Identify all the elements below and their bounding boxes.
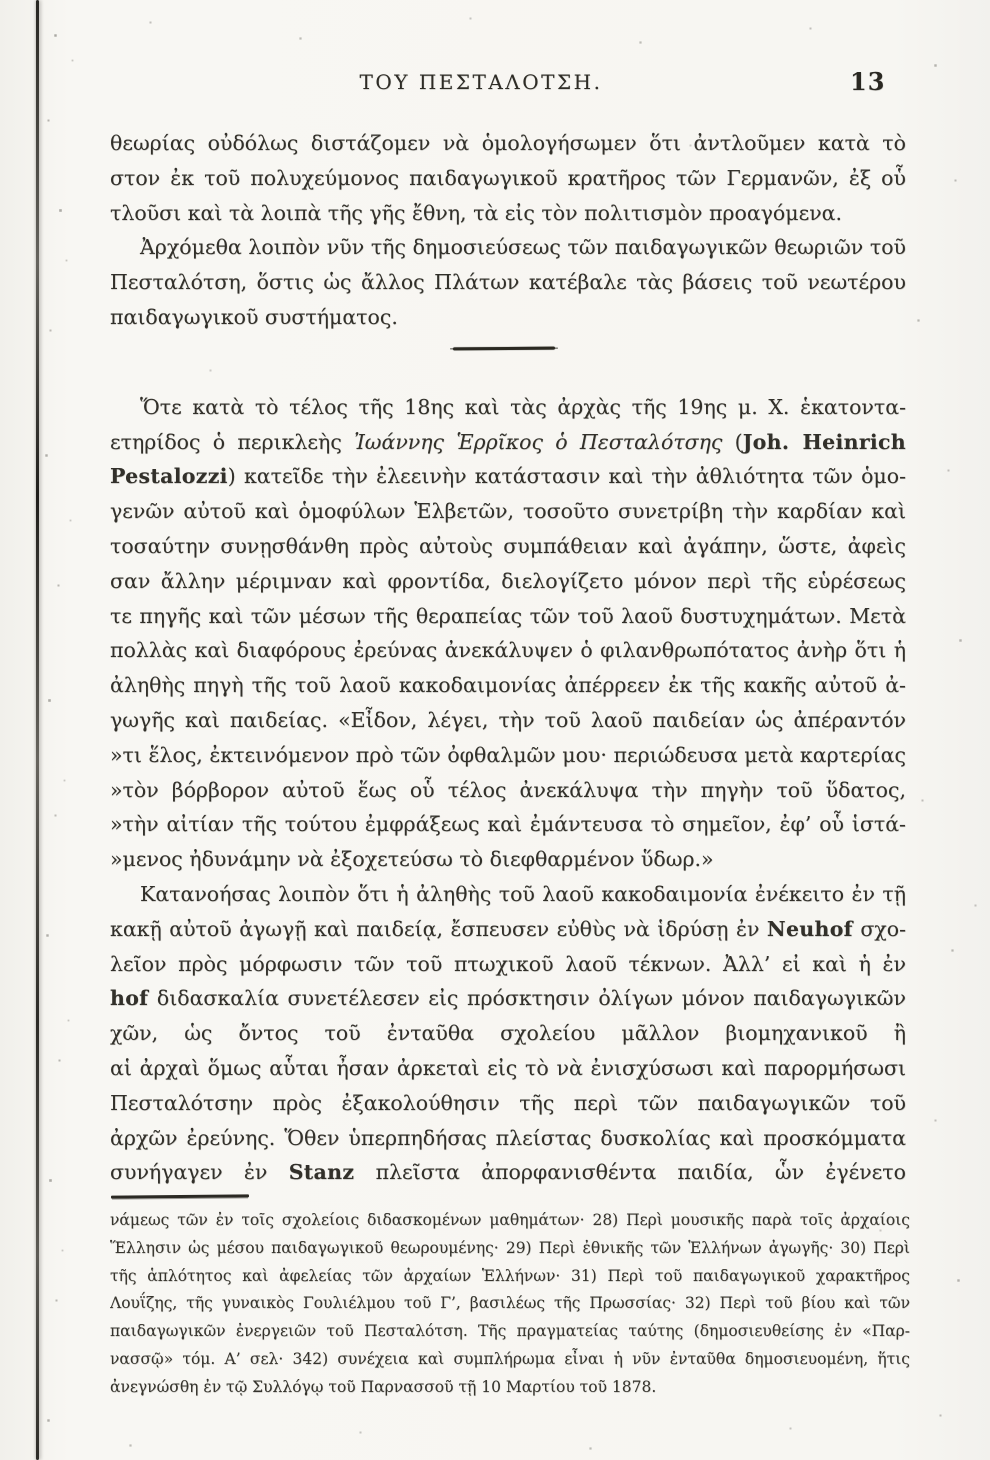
- scan-edge-line: [36, 0, 39, 1460]
- text-line: θεωρίας οὐδόλως διστάζομεν νὰ ὁμολογήσωμ…: [110, 126, 906, 161]
- text-line: νάμεως τῶν ἐν τοῖς σχολείοις διδασκομένω…: [110, 1207, 910, 1235]
- text-line: λεῖον πρὸς μόρφωσιν τῶν τοῦ πτωχικοῦ λαο…: [110, 947, 906, 982]
- text-line: χῶν, ὡς ὄντος τοῦ ἐνταῦθα σχολείου μᾶλλο…: [110, 1016, 906, 1051]
- text-line: σαν ἄλλην μέριμναν καὶ φροντίδα, διελογί…: [110, 564, 906, 599]
- bold-text: Joh. Heinrich: [743, 430, 906, 454]
- text-line: ἀρχῶν ἐρεύνης. Ὅθεν ὑπερπηδήσας πλείστας…: [110, 1121, 906, 1156]
- text-line: αἱ ἀρχαὶ ὅμως αὗται ἦσαν ἀρκεταὶ εἰς τὸ …: [110, 1051, 906, 1086]
- text-line: »τὴν αἰτίαν τῆς τούτου ἐμφράξεως καὶ ἐμά…: [110, 807, 906, 842]
- text-line: ἀληθὴς πηγὴ τῆς τοῦ λαοῦ κακοδαιμονίας ἀ…: [110, 668, 906, 703]
- text-line: στον ἐκ τοῦ πολυχεύμονος παιδαγωγικοῦ κρ…: [110, 161, 906, 196]
- bold-text: Pestalozzi: [110, 464, 228, 488]
- text-line: Λουΐζης, τῆς γυναικὸς Γουλιέλμου τοῦ Γ’,…: [110, 1290, 910, 1318]
- text-line: »τι ἕλος, ἐκτεινόμενον πρὸ τῶν ὀφθαλμῶν …: [110, 738, 906, 773]
- text-line: Ἀρχόμεθα λοιπὸν νῦν τῆς δημοσιεύσεως τῶν…: [110, 230, 906, 265]
- section-divider: [453, 346, 555, 350]
- text-line: Πεσταλότσην πρὸς ἐξακολούθησιν τῆς περὶ …: [110, 1086, 906, 1121]
- text-line: τε πηγῆς καὶ τῶν μέσων τῆς θεραπείας τῶν…: [110, 599, 906, 634]
- text-line: »μενος ἠδυνάμην νὰ ἐξοχετεύσω τὸ διεφθαρ…: [110, 842, 906, 877]
- text-line: τλοῦσι καὶ τὰ λοιπὰ τῆς γῆς ἔθνη, τὰ εἰς…: [110, 196, 906, 231]
- page-number: 13: [850, 67, 885, 96]
- text-line: παιδαγωγικοῦ συστήματος.: [110, 300, 906, 335]
- footnote-separator: [111, 1194, 249, 1198]
- footnote: νάμεως τῶν ἐν τοῖς σχολείοις διδασκομένω…: [110, 1207, 910, 1402]
- text-line: ετηρίδος ὁ περικλεὴς Ἰωάννης Ἑρρῖκος ὁ Π…: [110, 425, 906, 460]
- bold-text: Stanz: [289, 1160, 355, 1184]
- text-line: κακῇ αὐτοῦ ἀγωγῇ καὶ παιδείᾳ, ἔσπευσεν ε…: [110, 912, 906, 947]
- text-line: Ἕλλησιν ὡς μέσου παιδαγωγικοῦ θεωρουμένη…: [110, 1235, 910, 1263]
- bold-text: hof: [110, 986, 148, 1010]
- text-line: τῆς ἁπλότητος καὶ ἀφελείας τῶν ἀρχαίων Ἑ…: [110, 1263, 910, 1291]
- text-line: Pestalozzi) κατεῖδε τὴν ἐλεεινὴν κατάστα…: [110, 459, 906, 494]
- scanned-book-page: ΤΟΥ ΠΕΣΤΑΛΟΤΣΗ. 13 θεωρίας οὐδόλως διστά…: [0, 0, 990, 1460]
- text-line: Πεσταλότση, ὅστις ὡς ἄλλος Πλάτων κατέβα…: [110, 265, 906, 300]
- text-line: hof διδασκαλία συνετέλεσεν εἰς πρόσκτησι…: [110, 981, 906, 1016]
- scan-noise: [0, 0, 1, 1]
- page-header-title: ΤΟΥ ΠΕΣΤΑΛΟΤΣΗ.: [0, 70, 976, 94]
- text-line: νασσῷ» τόμ. Α’ σελ· 342) συνέχεια καὶ συ…: [110, 1346, 910, 1374]
- text-line: γενῶν αὐτοῦ καὶ ὁμοφύλων Ἑλβετῶν, τοσοῦτ…: [110, 494, 906, 529]
- text-line: γωγῆς καὶ παιδείας. «Εἶδον, λέγει, τὴν τ…: [110, 703, 906, 738]
- text-line: Ὅτε κατὰ τὸ τέλος τῆς 18ης καὶ τὰς ἀρχὰς…: [110, 390, 906, 425]
- text-line: πολλὰς καὶ διαφόρους ἐρεύνας ἀνεκάλυψεν …: [110, 633, 906, 668]
- text-line: »τὸν βόρβορον αὐτοῦ ἕως οὗ τέλος ἀνεκάλυ…: [110, 773, 906, 808]
- bold-text: Neuhof: [767, 917, 853, 941]
- italic-text: Ἰωάννης Ἑρρῖκος ὁ Πεσταλότσης: [354, 430, 722, 454]
- text-line: συνήγαγεν ἐν Stanz πλεῖστα ἀπορφανισθέντ…: [110, 1155, 906, 1190]
- text-line: ἀνεγνώσθη ἐν τῷ Συλλόγῳ τοῦ Παρνασσοῦ τῇ…: [110, 1374, 910, 1402]
- text-line: παιδαγωγικῶν ἐνεργειῶν τοῦ Πεσταλότση. Τ…: [110, 1318, 910, 1346]
- body-text: θεωρίας οὐδόλως διστάζομεν νὰ ὁμολογήσωμ…: [110, 126, 906, 1190]
- text-line: Κατανοήσας λοιπὸν ὅτι ἡ ἀληθὴς τοῦ λαοῦ …: [110, 877, 906, 912]
- text-line: τοσαύτην συνῃσθάνθη πρὸς αὐτοὺς συμπάθει…: [110, 529, 906, 564]
